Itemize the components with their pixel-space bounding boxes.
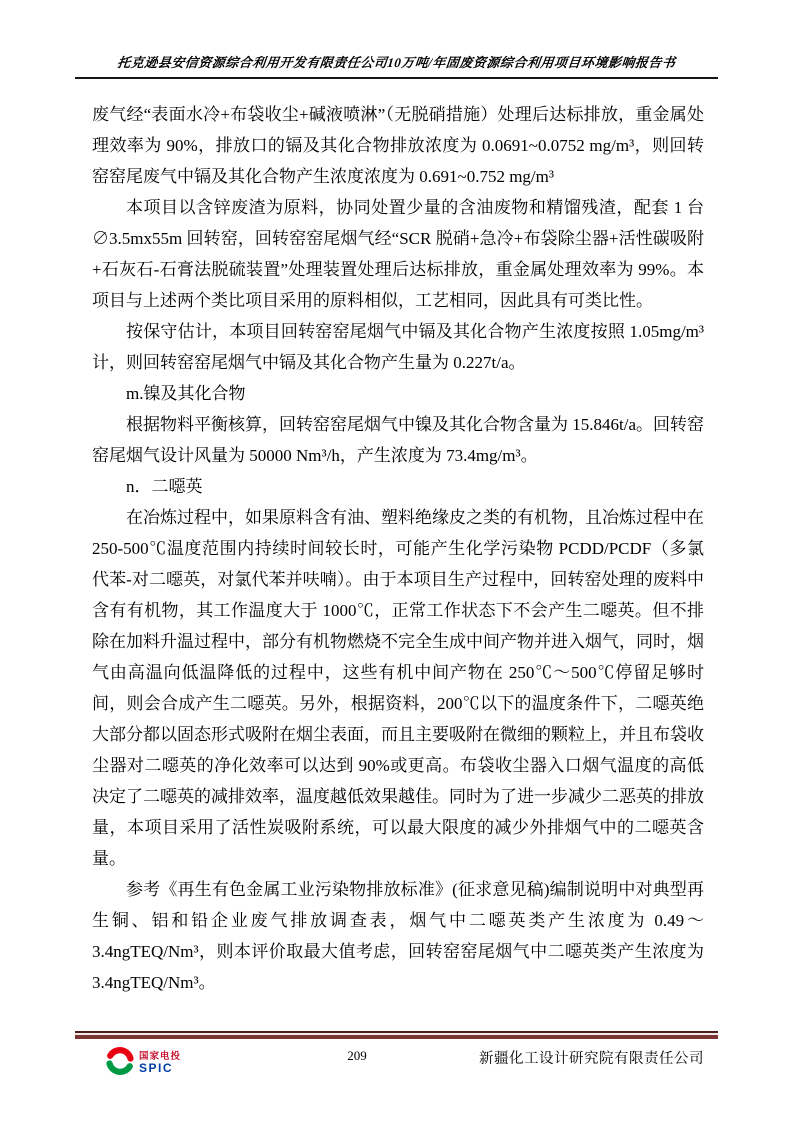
paragraph-cadmium-emission: 废气经“表面水冷+布袋收尘+碱液喷淋”（无脱硝措施）处理后达标排放，重金属处理效… [92, 99, 704, 192]
spic-logo-english-name: SPIC [139, 1062, 181, 1075]
paragraph-nickel-balance: 根据物料平衡核算，回转窑窑尾烟气中镍及其化合物含量为 15.846t/a。回转窑… [92, 409, 704, 471]
header-title: 托克逊县安信资源综合利用开发有限责任公司10万吨/年固废资源综合利用项目环境影响… [74, 52, 719, 71]
spic-swirl-icon [105, 1046, 135, 1081]
page-number: 209 [337, 1048, 377, 1064]
heading-dioxin: n．二噁英 [92, 471, 704, 502]
paragraph-dioxin-standard-reference: 参考《再生有色金属工业污染物排放标准》(征求意见稿)编制说明中对典型再生铜、铝和… [92, 874, 704, 998]
spic-logo-text: 国家电投 SPIC [139, 1052, 181, 1075]
paragraph-conservative-estimate: 按保守估计，本项目回转窑窑尾烟气中镉及其化合物产生浓度按照 1.05mg/m³ … [92, 316, 704, 378]
footer-row: 国家电投 SPIC 209 新疆化工设计研究院有限责任公司 [75, 1044, 718, 1088]
paragraph-zinc-residue-project: 本项目以含锌废渣为原料，协同处置少量的含油废物和精馏残渣，配套 1 台∅3.5m… [92, 192, 704, 316]
document-body: 废气经“表面水冷+布袋收尘+碱液喷淋”（无脱硝措施）处理后达标排放，重金属处理效… [92, 99, 704, 998]
document-page: 托克逊县安信资源综合利用开发有限责任公司10万吨/年固废资源综合利用项目环境影响… [0, 0, 793, 1122]
spic-logo: 国家电投 SPIC [105, 1046, 181, 1081]
footer-rule-thick [75, 1035, 718, 1039]
paragraph-dioxin-formation: 在冶炼过程中，如果原料含有油、塑料绝缘皮之类的有机物，且冶炼过程中在 250-5… [92, 502, 704, 874]
footer-company-name: 新疆化工设计研究院有限责任公司 [479, 1047, 704, 1068]
page-header: 托克逊县安信资源综合利用开发有限责任公司10万吨/年固废资源综合利用项目环境影响… [75, 52, 718, 79]
page-footer: 国家电投 SPIC 209 新疆化工设计研究院有限责任公司 [75, 1031, 718, 1088]
heading-nickel-compounds: m.镍及其化合物 [92, 378, 704, 409]
header-rule [75, 77, 718, 79]
